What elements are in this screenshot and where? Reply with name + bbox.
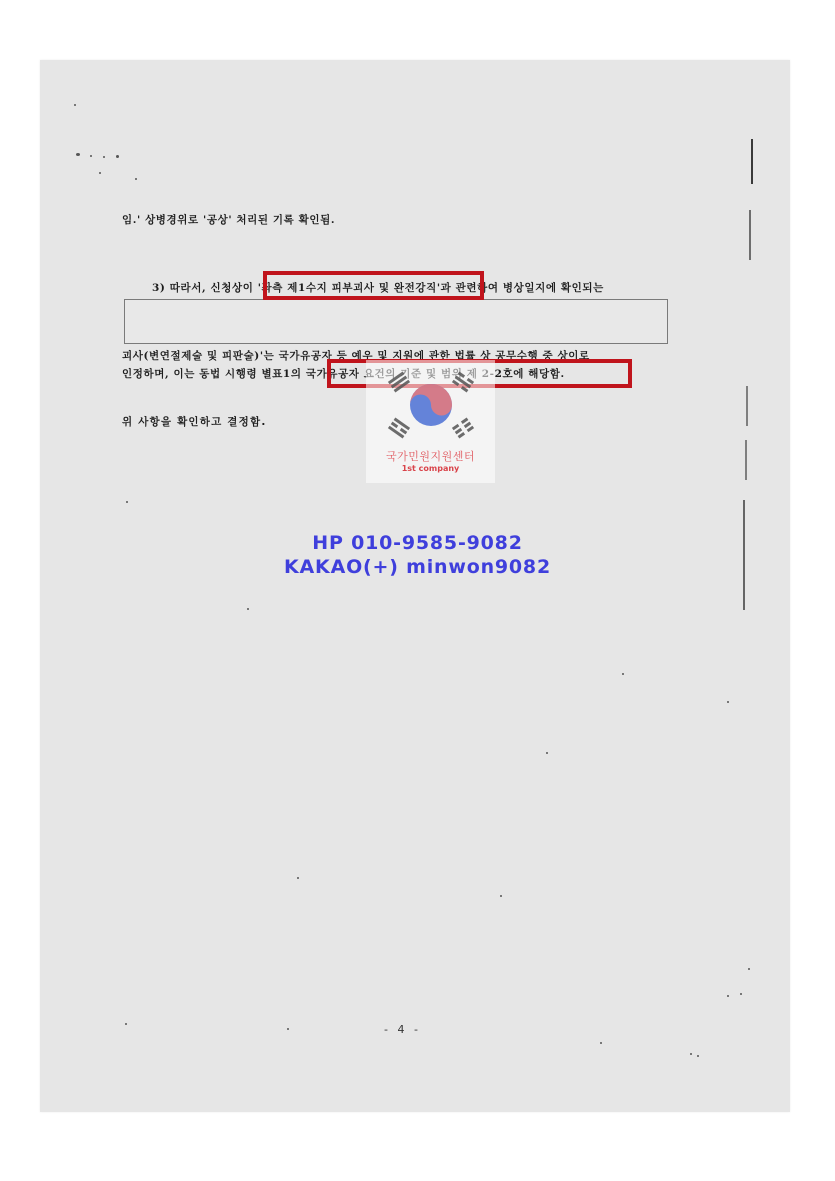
- contact-phone: HP 010-9585-9082: [0, 532, 835, 554]
- org-logo-watermark: 국가민원지원센터 1st company: [366, 360, 495, 483]
- doc-line-1: 임.' 상병경위로 '공상' 처리된 기록 확인됨.: [122, 212, 335, 227]
- doc-conclusion: 위 사항을 확인하고 결정함.: [122, 414, 267, 429]
- doc-line-4: 인정하며, 이는 동법 시행령 별표1의 국가유공자 요건의 기준 및 범위 제…: [122, 366, 565, 381]
- doc-line-2: 3) 따라서, 신청상이 '좌측 제1수지 피부괴사 및 완전강직'과 관련하여…: [152, 280, 604, 295]
- taegukgi-icon: [366, 360, 495, 450]
- contact-kakao: KAKAO(+) minwon9082: [0, 556, 835, 578]
- redacted-blank-box: [124, 299, 668, 344]
- org-subtitle: 1st company: [366, 464, 495, 473]
- doc-line-3: 괴사(변연절제술 및 피판술)'는 국가유공자 등 예우 및 지원에 관한 법률…: [122, 348, 590, 363]
- org-name: 국가민원지원센터: [366, 448, 495, 464]
- page-number: - 4 -: [384, 1023, 421, 1036]
